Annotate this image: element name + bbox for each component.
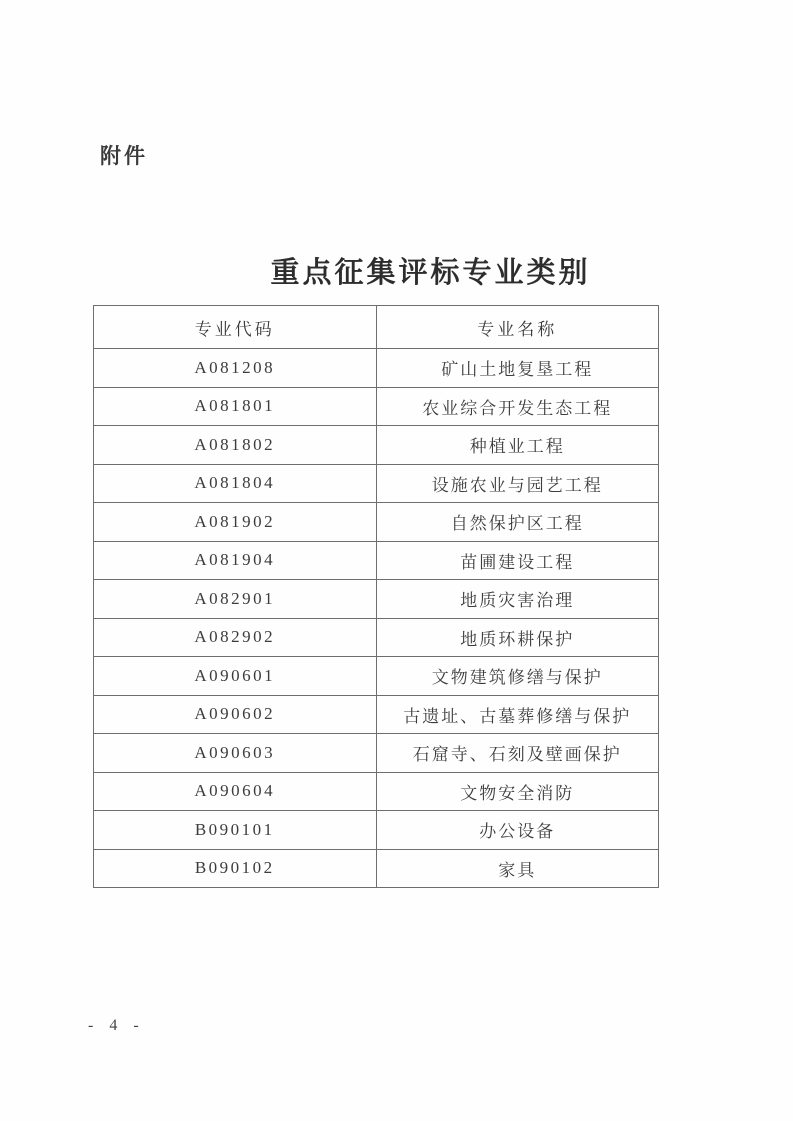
table-row: A090602古遗址、古墓葬修缮与保护 [94,695,659,734]
name-cell: 矿山土地复垦工程 [376,349,659,388]
table-row: A081804设施农业与园艺工程 [94,464,659,503]
table-row: A090601文物建筑修缮与保护 [94,657,659,696]
table-header-row: 专业代码 专业名称 [94,306,659,349]
table-row: A082902地质环耕保护 [94,618,659,657]
name-cell: 文物建筑修缮与保护 [376,657,659,696]
code-cell: A090603 [94,734,377,773]
table-row: A090603石窟寺、石刻及壁画保护 [94,734,659,773]
attachment-label: 附件 [100,140,148,170]
name-cell: 办公设备 [376,811,659,850]
code-cell: A090602 [94,695,377,734]
table-row: A081904苗圃建设工程 [94,541,659,580]
name-cell: 农业综合开发生态工程 [376,387,659,426]
name-cell: 家具 [376,849,659,888]
code-cell: A082901 [94,580,377,619]
name-cell: 种植业工程 [376,426,659,465]
table-body: A081208矿山土地复垦工程A081801农业综合开发生态工程A081802种… [94,349,659,888]
code-cell: A081902 [94,503,377,542]
table-row: B090102家具 [94,849,659,888]
code-cell: A090604 [94,772,377,811]
name-cell: 苗圃建设工程 [376,541,659,580]
code-cell: A081801 [94,387,377,426]
table-row: B090101办公设备 [94,811,659,850]
table-row: A082901地质灾害治理 [94,580,659,619]
code-cell: A081804 [94,464,377,503]
column-header-name: 专业名称 [376,306,659,349]
name-cell: 石窟寺、石刻及壁画保护 [376,734,659,773]
name-cell: 自然保护区工程 [376,503,659,542]
code-cell: A090601 [94,657,377,696]
code-cell: B090101 [94,811,377,850]
table-row: A081802种植业工程 [94,426,659,465]
code-cell: A081208 [94,349,377,388]
table-row: A081801农业综合开发生态工程 [94,387,659,426]
table-row: A081208矿山土地复垦工程 [94,349,659,388]
page-number: - 4 - [88,1017,145,1035]
code-cell: A081904 [94,541,377,580]
name-cell: 古遗址、古墓葬修缮与保护 [376,695,659,734]
table-row: A081902自然保护区工程 [94,503,659,542]
code-cell: A082902 [94,618,377,657]
code-cell: A081802 [94,426,377,465]
name-cell: 地质环耕保护 [376,618,659,657]
column-header-code: 专业代码 [94,306,377,349]
table-row: A090604文物安全消防 [94,772,659,811]
name-cell: 地质灾害治理 [376,580,659,619]
table-header: 专业代码 专业名称 [94,306,659,349]
name-cell: 文物安全消防 [376,772,659,811]
document-page: 附件 重点征集评标专业类别 专业代码 专业名称 A081208矿山土地复垦工程A… [0,0,793,1121]
category-table: 专业代码 专业名称 A081208矿山土地复垦工程A081801农业综合开发生态… [93,305,659,888]
page-title: 重点征集评标专业类别 [0,250,793,291]
code-cell: B090102 [94,849,377,888]
name-cell: 设施农业与园艺工程 [376,464,659,503]
